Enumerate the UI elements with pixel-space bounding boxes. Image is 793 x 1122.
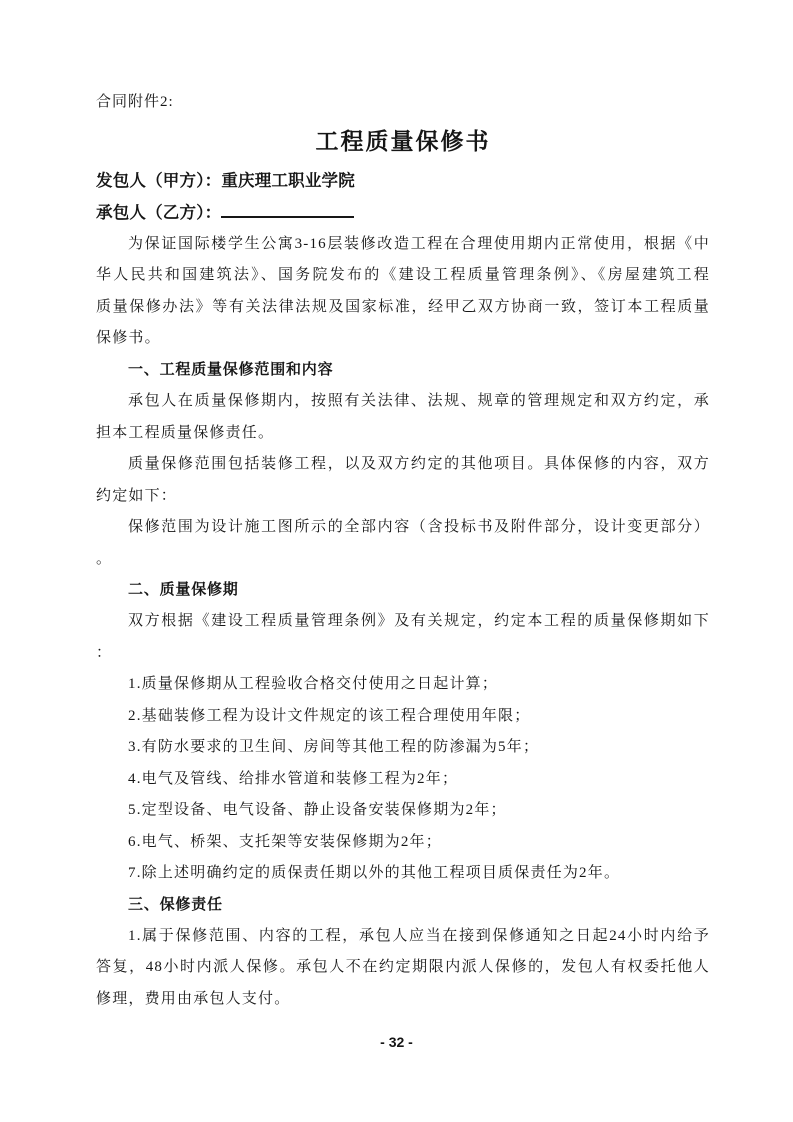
section-heading: 一、工程质量保修范围和内容 [96, 355, 710, 386]
section-heading: 二、质量保修期 [96, 575, 710, 606]
body-line: 4.电气及管线、给排水管道和装修工程为2年； [96, 764, 710, 795]
body-line: 6.电气、桥架、支托架等安装保修期为2年； [96, 827, 710, 858]
body-line: 华人民共和国建筑法》、国务院发布的《建设工程质量管理条例》、《房屋建筑工程 [96, 260, 710, 291]
body-line: 承包人在质量保修期内，按照有关法律、法规、规章的管理规定和双方约定，承 [96, 386, 710, 417]
body-line: 保修范围为设计施工图所示的全部内容（含投标书及附件部分，设计变更部分） [96, 512, 710, 543]
document-body: 为保证国际楼学生公寓3-16层装修改造工程在合理使用期内正常使用，根据《中华人民… [96, 229, 710, 1015]
body-line: 质量保修范围包括装修工程，以及双方约定的其他项目。具体保修的内容，双方 [96, 449, 710, 480]
body-line: 5.定型设备、电气设备、静止设备安装保修期为2年； [96, 795, 710, 826]
body-line: 1.属于保修范围、内容的工程，承包人应当在接到保修通知之日起24小时内给予 [96, 921, 710, 952]
body-line: 3.有防水要求的卫生间、房间等其他工程的防渗漏为5年； [96, 732, 710, 763]
body-line: 担本工程质量保修责任。 [96, 418, 710, 449]
body-line: 。 [96, 544, 710, 575]
body-line: 约定如下： [96, 481, 710, 512]
body-line: 质量保修办法》等有关法律法规及国家标准，经甲乙双方协商一致，签订本工程质量 [96, 292, 710, 323]
party-b-line: 承包人（乙方）： [96, 197, 710, 229]
body-line: 2.基础装修工程为设计文件规定的该工程合理使用年限； [96, 701, 710, 732]
body-line: 为保证国际楼学生公寓3-16层装修改造工程在合理使用期内正常使用，根据《中 [96, 229, 710, 260]
party-b-label: 承包人（乙方）： [96, 203, 221, 222]
page-number: - 32 - [0, 1034, 793, 1050]
section-heading: 三、保修责任 [96, 890, 710, 921]
body-line: 答复，48小时内派人保修。承包人不在约定期限内派人保修的，发包人有权委托他人 [96, 952, 710, 983]
document-content: 合同附件2: 工程质量保修书 发包人（甲方）：重庆理工职业学院 承包人（乙方）：… [96, 87, 710, 1015]
party-a-line: 发包人（甲方）：重庆理工职业学院 [96, 165, 710, 197]
party-b-blank-underline [221, 213, 354, 218]
document-page: 合同附件2: 工程质量保修书 发包人（甲方）：重庆理工职业学院 承包人（乙方）：… [0, 0, 793, 1122]
document-title: 工程质量保修书 [96, 118, 710, 165]
body-line: 双方根据《建设工程质量管理条例》及有关规定，约定本工程的质量保修期如下 [96, 606, 710, 637]
body-line: ： [96, 638, 710, 669]
body-line: 7.除上述明确约定的质保责任期以外的其他工程项目质保责任为2年。 [96, 858, 710, 889]
body-line: 1.质量保修期从工程验收合格交付使用之日起计算； [96, 669, 710, 700]
body-line: 保修书。 [96, 323, 710, 354]
attachment-note: 合同附件2: [96, 87, 710, 118]
body-line: 修理，费用由承包人支付。 [96, 984, 710, 1015]
party-a-text: 发包人（甲方）：重庆理工职业学院 [96, 171, 355, 190]
